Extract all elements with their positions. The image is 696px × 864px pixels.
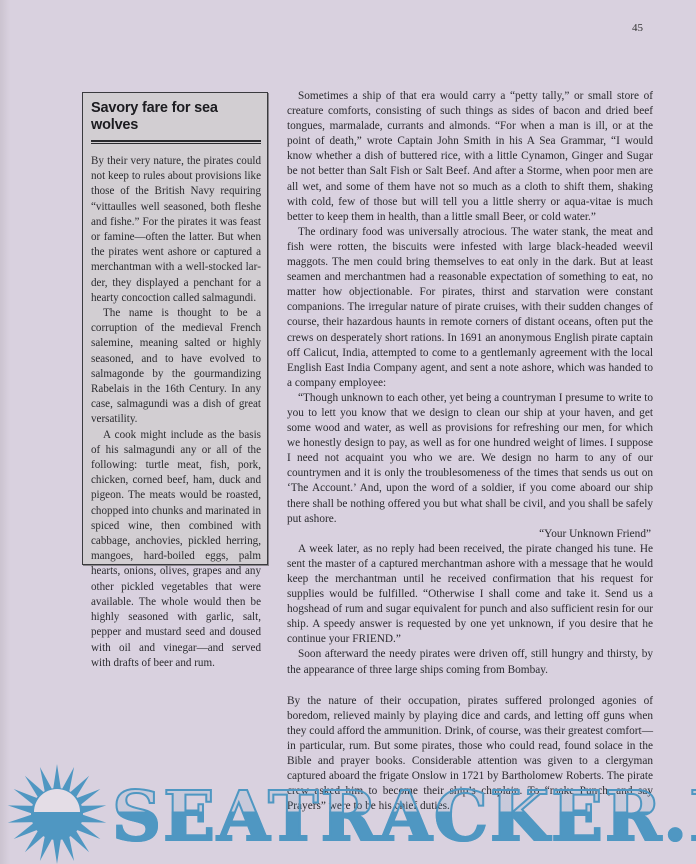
page-edge [0,0,10,864]
double-rule-divider [91,140,261,144]
sidebar-paragraph: A cook might include as the basis of his… [91,428,261,671]
body-paragraph: By the nature of their occupation, pirat… [287,694,653,815]
main-column: Sometimes a ship of that era would carry… [287,89,653,814]
sidebar-title: Savory fare for sea wolves [91,100,261,134]
quoted-letter: “Though unknown to each other, yet being… [287,391,653,527]
body-paragraph: The ordinary food was universally atroci… [287,225,653,391]
body-paragraph: Soon afterward the needy pirates were dr… [287,647,653,677]
sidebar-paragraph: By their very nature, the pirates could … [91,154,261,306]
body-paragraph: Sometimes a ship of that era would carry… [287,89,653,225]
sidebar-body: By their very nature, the pirates could … [91,154,261,671]
sidebar-paragraph: The name is thought to be a corrup­tion … [91,306,261,428]
letter-signoff: “Your Unknown Friend” [287,527,653,542]
page-number: 45 [632,22,643,34]
sun-icon [5,762,109,864]
body-paragraph: A week later, as no reply had been recei… [287,542,653,648]
sidebar-box: Savory fare for sea wolves By their very… [82,92,268,565]
section-gap [287,678,653,694]
